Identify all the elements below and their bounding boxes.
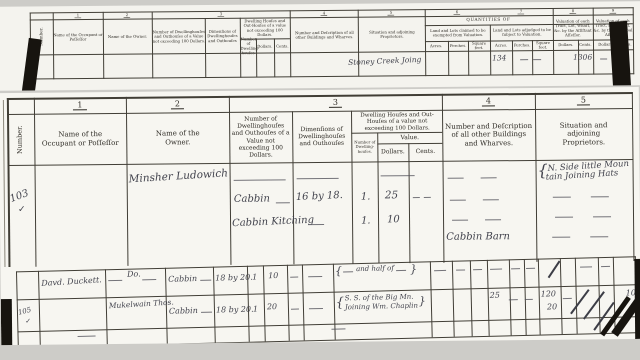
ink-dash [452,220,468,221]
column-header-dimensions: Dimenſions of Dwellinghouſes and Outhouſ… [292,111,351,163]
handwritten-dollars: 20 [267,302,277,311]
column-header-dollars: Dollars. [553,40,578,50]
column-header-subject-land: Land and Lots adjudged to be ſubject to … [490,24,553,41]
handwritten-count-2: 1. [361,216,371,227]
table-line [18,332,638,345]
column-header-dwellinghouse-group: Dwelling Houſes and Out-Houſes of a valu… [240,17,290,38]
column-header-square-feet: Square feet. [532,40,553,50]
top-table: 1 2 3 4 5 6 7 8 9 Number. Name of the Oc… [30,7,635,79]
handwritten-building: Cabbin [169,306,198,316]
ink-dash [448,178,464,179]
handwritten-situation: Stoney Creek Joing [348,55,422,67]
column-number-label: 2 [126,98,229,111]
column-header-owner: Name of the Owner. [103,20,152,53]
ink-dash [331,328,345,329]
column-header-situation: Situation and adjoining Proprietors. [358,18,425,52]
ink-dash [526,268,535,269]
label-5: 5 [577,95,590,106]
ink-dash [520,59,528,60]
handwritten-dimensions: 18 by 20. [216,305,254,315]
handwritten-building-2: Cabbin Kitching [232,215,314,230]
handwritten-situation: and half of [356,264,394,273]
label-4: 4 [320,11,327,16]
handwritten-occupant: Davd. Duckett. [41,275,102,288]
column-number-label: 5 [358,9,425,17]
column-header-dollars: Dollars. [377,143,408,161]
column-header-exempt-land: Land and Lots claimed to be exempted fro… [425,25,490,42]
ink-dash [290,277,298,278]
label-1: 1 [73,100,86,111]
ink-dash [297,178,339,179]
ink-dash [601,266,610,267]
ink-dash [450,200,466,201]
ink-dash [485,219,501,220]
column-header-number: Number. [7,114,34,165]
ink-dash [201,312,212,313]
column-number-label: 4 [290,10,358,18]
label-7: 7 [518,9,525,14]
column-header-acres: Acres. [490,40,512,50]
main-table: 1 2 3 4 5 Number. Name of the Occupant o… [7,92,635,267]
handwritten-count-1: 1. [361,192,371,203]
column-header-cents: Cents. [408,143,442,161]
column-header-cents: Cents. [274,40,290,52]
document-scan-view: 1 2 3 4 5 6 7 8 9 Number. Name of the Oc… [0,0,640,360]
column-header-acres: Acres. [425,41,448,51]
label-1: 1 [74,13,81,18]
handwritten-situation-line2: Joining Wm. Chaplin [345,302,418,312]
column-header-dwellings-count: Number of Dwellinghouſes and Outhouſes o… [152,20,205,53]
column-header-valuation-assistant: Valuation of each Tract, Lot, Wharf, &c.… [553,16,593,40]
ink-dash [580,266,592,267]
check-mark: ✓ [18,205,26,215]
ink-slash [548,261,560,279]
handwritten-owner-name: Minsher Ludowich [128,167,228,185]
handwritten-row-number: 105 [17,306,32,317]
table-line [17,316,637,332]
handwritten-count: 1 [252,273,257,282]
label-4: 4 [482,96,495,107]
table-line [470,260,473,336]
label-2: 2 [124,13,131,18]
scan-artifact-bottom-left [1,299,12,345]
ink-dash [511,268,520,269]
handwritten-acres: 134 [492,53,506,62]
handwritten-valuation: 1306 [573,53,592,62]
brace-close: } [410,263,417,276]
ink-dash [552,237,570,238]
handwritten-dollars-1: 25 [385,189,398,201]
column-header-square-feet: Square feet. [468,41,490,51]
ink-dash [473,269,482,270]
column-number-label: 8 [553,8,593,15]
handwritten-valuation-2: 20 [547,302,557,311]
main-page-scan: 1 2 3 4 5 Number. Name of the Occupant o… [0,87,640,345]
ink-dash [483,199,499,200]
table-line [509,259,512,335]
column-header-perches: Perches. [512,40,532,50]
ink-dash [142,279,156,280]
column-header-dwellings-count: Number of Dwellinghouſes and Outhouſes o… [229,111,292,163]
ink-slash [570,289,589,314]
ink-dash [309,308,323,309]
ink-dash [78,336,96,337]
ink-dash [108,280,122,281]
column-header-dh-number: Number of Dwelling-houſes. [351,132,377,161]
brace-close: } [419,294,426,307]
ink-dash [591,196,609,197]
handwritten-owner-ditto: Do. [127,269,141,278]
column-header-cents: Cents. [578,40,593,50]
ink-dash [555,217,573,218]
table-line [524,259,527,335]
label-6: 6 [454,10,461,15]
table-line [575,258,578,334]
handwritten-dollars: 10 [268,271,278,280]
column-number-label: 2 [103,11,152,18]
column-header-dollars: Dollars. [256,40,274,52]
ink-dash [396,270,406,271]
ink-dash [413,197,420,198]
ink-dash [553,197,571,198]
label-8: 8 [569,9,576,14]
handwritten-valuation: 120 [541,289,556,298]
bottom-table: Davd. Duckett. Do. Cabbin 18 by 20. 1 10… [0,256,640,345]
ink-dash [200,280,211,281]
column-number-label: 1 [34,99,126,112]
brace: { [336,295,345,310]
brace: { [335,264,342,277]
table-line [302,264,305,340]
ink-dash [533,59,541,60]
ink-dash [481,177,497,178]
column-header-perches: Perches. [448,41,468,51]
handwritten-row-number: 103 [8,188,30,205]
label-3: 3 [217,12,224,17]
handwritten-building-1: Cabbin [234,193,270,204]
ink-slash [583,291,605,319]
handwritten-acres: 25 [490,291,500,300]
table-line [560,258,563,334]
top-page-scan: 1 2 3 4 5 6 7 8 9 Number. Name of the Oc… [0,1,640,91]
check-mark: ✓ [25,317,31,325]
column-header-buildings: Number and Deſcription of all other Buil… [290,19,358,53]
ink-dash [343,271,353,272]
handwritten-dimensions-1: 16 by 18. [296,190,343,203]
ink-dash [434,270,446,271]
handwritten-situation-line1: S. S. of the Big Mn. [345,293,414,303]
column-header-owner: Name of the Owner. [126,112,229,164]
table-line [632,92,635,261]
ink-dash [234,179,286,180]
table-line [263,265,266,341]
ink-dash [490,269,502,270]
label-9: 9 [609,8,616,13]
column-header-buildings: Number and Deſcription of all other Buil… [442,109,535,161]
ink-dash [424,197,431,198]
column-header-occupant: Name of the Occupant or Poſſeſſor [53,21,103,54]
paper-edge-line [3,100,6,267]
ink-dash [291,309,299,310]
ink-dash [276,202,290,203]
handwritten-dollars-2: 10 [387,214,400,225]
column-header-situation: Situation and adjoining Proprietors. [535,108,632,160]
ink-dash [593,216,611,217]
handwritten-building: Cabbin [168,274,197,284]
ink-dash [456,269,465,270]
label-5: 5 [388,10,395,15]
ink-dash [525,299,533,300]
column-header-dimensions: Dimenſions of Dwellinghouſes and Outhouſ… [205,20,240,53]
handwritten-other-buildings: Cabbin Barn [446,231,510,243]
ink-dash [308,276,322,277]
column-number-label: 4 [442,95,535,108]
column-header-value: Value. [377,132,442,144]
column-header-dh-number: Number of Dwelling-houſes. [240,39,256,53]
handwritten-count: 1 [253,305,258,314]
ink-dash [563,298,572,299]
column-number-label: 3 [229,96,442,110]
ink-dash [308,224,324,225]
label-3: 3 [329,98,342,109]
handwritten-owner: Mukelwain Thos. [109,297,174,310]
ink-dash [600,58,607,59]
column-number-label: 9 [593,7,633,14]
ink-dash [509,299,518,300]
column-header-dwellinghouse-group: Dwelling Houſes and Out-Houſes of a valu… [351,110,442,133]
column-number-label: 5 [535,94,632,107]
table-line [430,261,433,337]
table-line [30,73,634,80]
label-2: 2 [171,99,184,110]
column-header-occupant: Name of the Occupant or Poſſeſſor [34,113,126,165]
ink-dash [590,236,608,237]
table-line [452,261,455,337]
handwritten-dimensions: 18 by 20. [215,273,253,283]
column-number-label: 1 [53,12,103,19]
